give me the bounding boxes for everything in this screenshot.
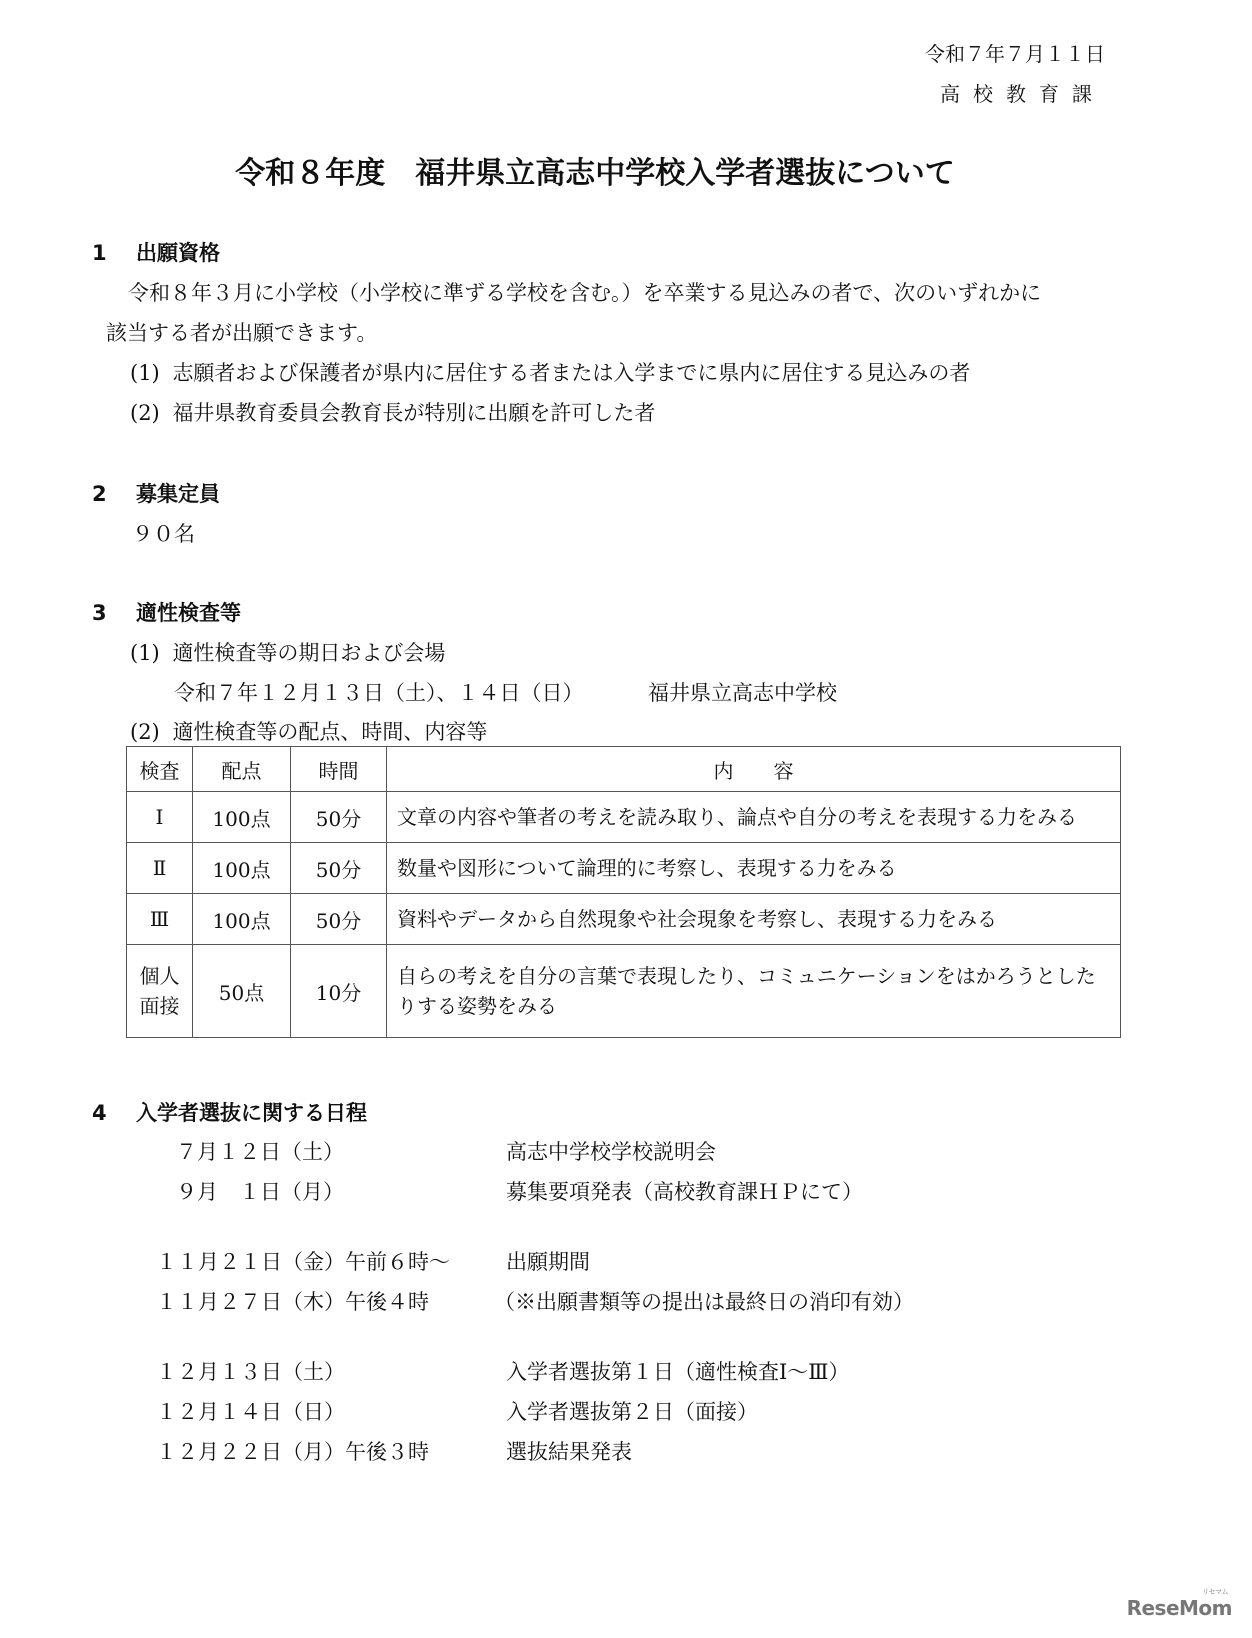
schedule-date: １２月１４日（日）: [156, 1396, 345, 1426]
subheading-text: 適性検査等の配点、時間、内容等: [172, 720, 487, 744]
section-heading-2: 2募集定員: [92, 478, 220, 508]
list-marker: (2): [130, 720, 160, 744]
section-number: 3: [92, 601, 136, 625]
exam-table-label: (2) 適性検査等の配点、時間、内容等: [130, 716, 487, 746]
time-cell: 50分: [291, 843, 387, 894]
schedule-event: 高志中学校学校説明会: [506, 1136, 716, 1166]
list-marker: (2): [130, 401, 160, 425]
list-item-text: 福井県教育委員会教育長が特別に出願を許可した者: [172, 401, 655, 425]
enrollment-capacity: ９０名: [132, 518, 195, 548]
document-date: 令和７年７月１１日: [925, 38, 1105, 67]
section-heading-3: 3適性検査等: [92, 597, 241, 627]
watermark-subtext: リセマム: [1202, 1587, 1228, 1597]
section-heading-4: 4入学者選抜に関する日程: [92, 1097, 367, 1127]
resemom-watermark-logo: リセマム ReseMom: [1127, 1596, 1232, 1620]
schedule-event: 選抜結果発表: [506, 1436, 632, 1466]
eligibility-item-2: (2) 福井県教育委員会教育長が特別に出願を許可した者: [130, 397, 655, 427]
schedule-event: 入学者選抜第１日（適性検査Ⅰ～Ⅲ）: [506, 1356, 850, 1386]
column-header-points: 配点: [193, 747, 291, 792]
section-number: 4: [92, 1101, 136, 1125]
section-title: 適性検査等: [136, 601, 241, 625]
exam-venue: 福井県立高志中学校: [648, 677, 837, 707]
schedule-date: １２月２２日（月）午後３時: [156, 1436, 429, 1466]
page-title: 令和８年度 福井県立高志中学校入学者選抜について: [0, 148, 1190, 192]
column-header-content: 内 容: [387, 747, 1121, 792]
list-item-text: 志願者および保護者が県内に居住する者または入学までに県内に居住する見込みの者: [172, 361, 970, 385]
time-cell: 10分: [291, 945, 387, 1038]
points-cell: 100点: [193, 792, 291, 843]
table-header-row: 検査 配点 時間 内 容: [127, 747, 1121, 792]
section-heading-1: 1出願資格: [92, 237, 220, 267]
schedule-date: １２月１３日（土）: [156, 1356, 345, 1386]
content-cell: 資料やデータから自然現象や社会現象を考察し、表現する力をみる: [387, 894, 1121, 945]
schedule-event: 出願期間: [506, 1246, 590, 1276]
exam-table: 検査 配点 時間 内 容 Ⅰ 100点 50分 文章の内容や筆者の考えを読み取り…: [126, 746, 1121, 1038]
schedule-date: １１月２１日（金）午前６時～: [156, 1246, 450, 1276]
column-header-exam: 検査: [127, 747, 193, 792]
time-cell: 50分: [291, 792, 387, 843]
exam-cell: Ⅲ: [127, 894, 193, 945]
section-title: 入学者選抜に関する日程: [136, 1101, 367, 1125]
schedule-note: （※出願書類等の提出は最終日の消印有効）: [494, 1286, 914, 1316]
issuing-department: 高校教育課: [940, 78, 1105, 107]
column-header-time: 時間: [291, 747, 387, 792]
points-cell: 50点: [193, 945, 291, 1038]
schedule-date: １１月２７日（木）午後４時: [156, 1286, 429, 1316]
subheading-text: 適性検査等の期日および会場: [172, 641, 445, 665]
schedule-event: 募集要項発表（高校教育課ＨＰにて）: [506, 1176, 863, 1206]
table-row: Ⅱ 100点 50分 数量や図形について論理的に考察し、表現する力をみる: [127, 843, 1121, 894]
section-title: 募集定員: [136, 482, 220, 506]
eligibility-intro-line2: 該当する者が出願できます。: [106, 317, 377, 347]
exam-label-line: 個人: [127, 961, 192, 991]
exam-cell: 個人 面接: [127, 945, 193, 1038]
time-cell: 50分: [291, 894, 387, 945]
watermark-text: ReseMom: [1127, 1596, 1232, 1620]
schedule-date: ９月 １日（月）: [176, 1176, 344, 1206]
table-row: 個人 面接 50点 10分 自らの考えを自分の言葉で表現したり、コミュニケーショ…: [127, 945, 1121, 1038]
exam-cell: Ⅰ: [127, 792, 193, 843]
exam-label-line: 面接: [127, 991, 192, 1021]
exam-date-venue-label: (1) 適性検査等の期日および会場: [130, 637, 445, 667]
table-row: Ⅰ 100点 50分 文章の内容や筆者の考えを読み取り、論点や自分の考えを表現す…: [127, 792, 1121, 843]
points-cell: 100点: [193, 894, 291, 945]
points-cell: 100点: [193, 843, 291, 894]
schedule-event: 入学者選抜第２日（面接）: [506, 1396, 758, 1426]
list-marker: (1): [130, 641, 160, 665]
eligibility-intro-line1: 令和８年３月に小学校（小学校に準ずる学校を含む。）を卒業する見込みの者で、次のい…: [128, 277, 1041, 307]
table-row: Ⅲ 100点 50分 資料やデータから自然現象や社会現象を考察し、表現する力をみ…: [127, 894, 1121, 945]
schedule-date: ７月１２日（土）: [176, 1136, 344, 1166]
content-cell: 自らの考えを自分の言葉で表現したり、コミュニケーションをはかろうとしたりする姿勢…: [387, 945, 1121, 1038]
section-number: 1: [92, 241, 136, 265]
section-title: 出願資格: [136, 241, 220, 265]
exam-cell: Ⅱ: [127, 843, 193, 894]
list-marker: (1): [130, 361, 160, 385]
eligibility-item-1: (1) 志願者および保護者が県内に居住する者または入学までに県内に居住する見込み…: [130, 357, 970, 387]
content-cell: 文章の内容や筆者の考えを読み取り、論点や自分の考えを表現する力をみる: [387, 792, 1121, 843]
exam-dates: 令和７年１２月１３日（土）、１４日（日）: [174, 677, 584, 707]
section-number: 2: [92, 482, 136, 506]
content-cell: 数量や図形について論理的に考察し、表現する力をみる: [387, 843, 1121, 894]
